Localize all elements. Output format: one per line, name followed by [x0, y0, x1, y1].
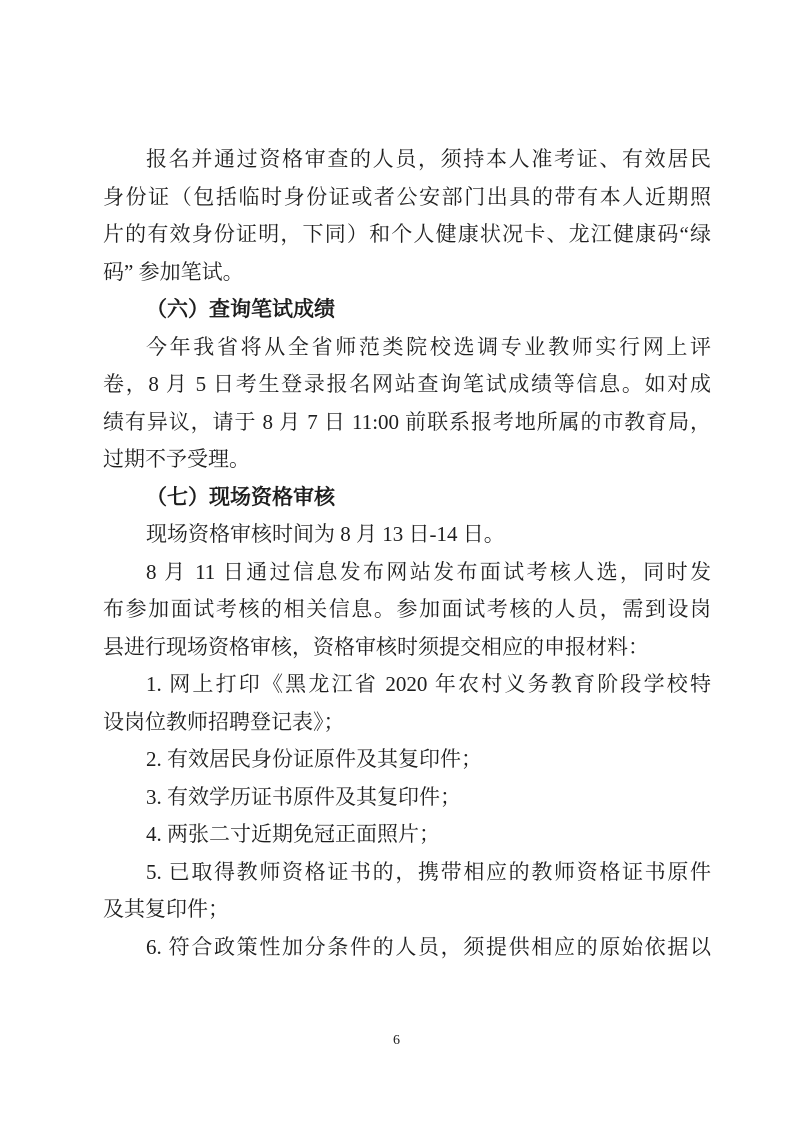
paragraph-line: 码” 参加笔试。: [103, 254, 711, 292]
paragraph-line: 县进行现场资格审核，资格审核时须提交相应的申报材料：: [103, 629, 711, 667]
list-item-1-line: 1. 网上打印《黑龙江省 2020 年农村义务教育阶段学校特: [103, 666, 711, 704]
document-page: 报名并通过资格审查的人员，须持本人准考证、有效居民 身份证（包括临时身份证或者公…: [0, 0, 793, 1122]
paragraph-line: 报名并通过资格审查的人员，须持本人准考证、有效居民: [103, 141, 711, 179]
list-item-5-line: 5. 已取得教师资格证书的，携带相应的教师资格证书原件: [103, 854, 711, 892]
paragraph-line: 布参加面试考核的相关信息。参加面试考核的人员，需到设岗: [103, 591, 711, 629]
section-heading-6: （六）查询笔试成绩: [103, 291, 711, 329]
paragraph-line: 8 月 11 日通过信息发布网站发布面试考核人选，同时发: [103, 554, 711, 592]
paragraph-line: 卷，8 月 5 日考生登录报名网站查询笔试成绩等信息。如对成: [103, 366, 711, 404]
page-number: 6: [0, 1031, 793, 1051]
paragraph-line: 片的有效身份证明，下同）和个人健康状况卡、龙江健康码“绿: [103, 216, 711, 254]
list-item-5-line: 及其复印件；: [103, 891, 711, 929]
list-item-4-line: 4. 两张二寸近期免冠正面照片；: [103, 816, 711, 854]
list-item-1-line: 设岗位教师招聘登记表》；: [103, 704, 711, 742]
text-column: 报名并通过资格审查的人员，须持本人准考证、有效居民 身份证（包括临时身份证或者公…: [103, 141, 711, 966]
paragraph-line: 绩有异议，请于 8 月 7 日 11:00 前联系报考地所属的市教育局，: [103, 404, 711, 442]
list-item-6-line: 6. 符合政策性加分条件的人员，须提供相应的原始依据以: [103, 929, 711, 967]
list-item-2-line: 2. 有效居民身份证原件及其复印件；: [103, 741, 711, 779]
paragraph-line: 现场资格审核时间为 8 月 13 日-14 日。: [103, 516, 711, 554]
paragraph-line: 今年我省将从全省师范类院校选调专业教师实行网上评: [103, 329, 711, 367]
section-heading-7: （七）现场资格审核: [103, 479, 711, 517]
list-item-3-line: 3. 有效学历证书原件及其复印件；: [103, 779, 711, 817]
paragraph-line: 过期不予受理。: [103, 441, 711, 479]
paragraph-line: 身份证（包括临时身份证或者公安部门出具的带有本人近期照: [103, 179, 711, 217]
